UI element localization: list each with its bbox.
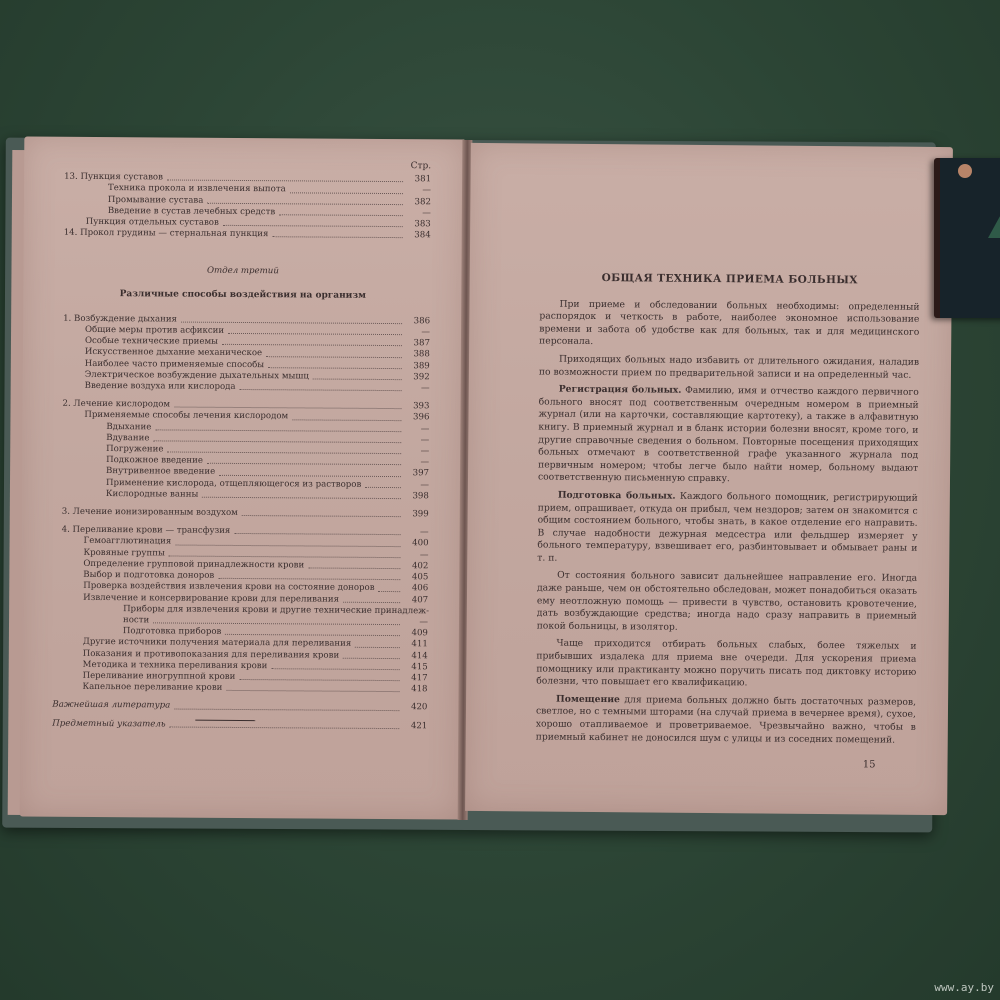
toc-leader-dots — [181, 322, 402, 325]
toc-entry-title: Промывание сустава — [108, 195, 204, 207]
chapter-body: ОБЩАЯ ТЕХНИКА ПРИЕМА БОЛЬНЫХ При приеме … — [536, 272, 920, 752]
toc-entry-page: 420 — [403, 702, 427, 713]
paragraph: Чаще приходится отбирать больных слабых,… — [536, 638, 916, 692]
paragraph-lead: Подготовка больных. — [558, 490, 676, 502]
paragraph-text: От состояния больного зависит дальнейшее… — [537, 570, 918, 632]
toc-leader-dots — [313, 379, 402, 381]
section-kicker: Отдел третий — [55, 265, 430, 279]
toc-entry-title: 14. Прокол грудины — стернальная пункция — [64, 228, 269, 241]
matchbox — [934, 158, 1000, 318]
toc-entry-page: — — [405, 480, 429, 491]
toc-entry-title: Приборы для извлечения крови и другие те… — [123, 604, 429, 617]
right-page-text: ОБЩАЯ ТЕХНИКА ПРИЕМА БОЛЬНЫХ При приеме … — [465, 143, 953, 815]
watermark: www.ay.by — [934, 981, 994, 994]
toc-leader-dots — [365, 487, 401, 488]
toc-leader-dots — [202, 497, 401, 499]
toc-leader-dots — [271, 668, 399, 670]
toc-entry-title: Вдыхание — [106, 422, 151, 434]
toc-entry-page: — — [405, 424, 429, 435]
toc-leader-dots — [268, 367, 402, 369]
paragraph-lead: Регистрация больных. — [559, 384, 682, 396]
toc-leader-dots — [218, 578, 400, 580]
toc-entry-page: 396 — [405, 413, 429, 424]
toc-entry-title: Введение воздуха или кислорода — [85, 381, 236, 393]
toc-leader-dots — [174, 407, 401, 410]
toc-leader-dots — [170, 726, 400, 729]
paragraph-lead: Помещение — [556, 693, 620, 705]
toc-entry-title: 1. Возбуждение дыхания — [63, 314, 177, 326]
toc-entry-page: — — [406, 327, 430, 338]
toc-leader-dots — [343, 657, 400, 658]
toc-entry-title: Вдувание — [106, 433, 149, 445]
toc-leader-dots — [279, 214, 403, 216]
paragraph: Регистрация больных. Фамилию, имя и отче… — [538, 384, 919, 488]
paragraph-text: Чаще приходится отбирать больных слабых,… — [536, 638, 916, 688]
toc-entry-page: — — [407, 186, 431, 197]
tree-icon — [988, 198, 1000, 238]
toc-leader-dots — [222, 344, 402, 346]
toc-leader-dots — [242, 515, 401, 517]
paragraph: При приеме и обследовании больных необхо… — [539, 298, 919, 352]
toc-leader-dots — [292, 419, 401, 421]
toc-entry-page: 418 — [403, 684, 427, 695]
toc-entry-page: — — [405, 457, 429, 468]
toc-entry-title: Внутривенное введение — [106, 467, 215, 479]
toc-leader-dots — [175, 544, 400, 547]
paragraph: Помещение для приема больных должно быть… — [536, 693, 916, 747]
left-page-table-of-contents: Стр. 13. Пункция суставов381Техника прок… — [20, 136, 465, 819]
page-number: 15 — [863, 759, 876, 770]
toc-entries-part2: 1. Возбуждение дыхания386Общие меры прот… — [52, 314, 430, 733]
toc-entry-title: Погружение — [106, 444, 163, 456]
paragraphs: При приеме и обследовании больных необхо… — [536, 298, 920, 747]
toc-leader-dots — [169, 555, 401, 558]
toc-leader-dots — [290, 192, 403, 194]
paragraph-text: При приеме и обследовании больных необхо… — [539, 298, 919, 347]
toc-entry-page: 409 — [404, 628, 428, 639]
toc-entry-page: 411 — [404, 639, 428, 650]
toc-leader-dots — [343, 601, 400, 602]
toc-entry-page: — — [405, 527, 429, 538]
toc-entry-page: — — [405, 435, 429, 446]
toc-leader-dots — [355, 646, 400, 647]
chapter-title: ОБЩАЯ ТЕХНИКА ПРИЕМА БОЛЬНЫХ — [540, 272, 920, 288]
toc-entries-part1: 13. Пункция суставов381Техника прокола и… — [56, 172, 431, 242]
toc-entry-page: 417 — [404, 673, 428, 684]
toc-leader-dots — [153, 440, 401, 443]
toc-leader-dots — [272, 237, 402, 239]
toc-entry-title: Подкожное введение — [106, 455, 203, 467]
toc-entry-title: Важнейшая литература — [52, 700, 170, 712]
toc-entry-page: — — [404, 550, 428, 561]
table-of-contents: Стр. 13. Пункция суставов381Техника прок… — [52, 159, 431, 732]
toc-entry-page: 421 — [403, 721, 427, 732]
toc-entry-page: 393 — [405, 401, 429, 412]
toc-entry-title: Особые технические приемы — [85, 336, 218, 348]
toc-leader-dots — [266, 356, 402, 358]
toc-leader-dots — [228, 333, 402, 335]
toc-entry-title: ности — [123, 615, 149, 626]
toc-entry-page: — — [407, 208, 431, 219]
toc-leader-dots — [155, 429, 401, 432]
toc-leader-dots — [207, 463, 401, 465]
toc-entry-page: — — [405, 446, 429, 457]
toc-entry-page: 407 — [404, 595, 428, 606]
toc-leader-dots — [223, 225, 403, 227]
paragraph: Приходящих больных надо избавить от длит… — [539, 353, 919, 382]
toc-entry-page: — — [404, 617, 428, 628]
toc-entry-title: Гемоагглютинация — [84, 536, 172, 548]
toc-leader-dots — [167, 180, 403, 183]
toc-leader-dots — [226, 690, 399, 692]
toc-leader-dots — [225, 634, 400, 636]
toc-entry-page: 381 — [407, 174, 431, 185]
toc-leader-dots — [174, 708, 399, 711]
toc-entry-title: Выбор и подготовка доноров — [83, 570, 214, 582]
toc-entry-page: 384 — [407, 230, 431, 241]
toc-entry-page: 399 — [405, 509, 429, 520]
toc-entry-page: 382 — [407, 197, 431, 208]
matchbox-emblem — [958, 164, 972, 178]
toc-entry-page: 388 — [406, 350, 430, 361]
toc-entry: 14. Прокол грудины — стернальная пункция… — [56, 228, 431, 242]
toc-leader-dots — [219, 475, 401, 477]
paragraph-text: Каждого больного помощник, регистрирующи… — [537, 491, 918, 564]
toc-entry-page: 415 — [404, 662, 428, 673]
paragraph-text: Фамилию, имя и отчество каждого первично… — [538, 385, 919, 485]
toc-entry-title: Кислородные ванны — [106, 489, 199, 501]
toc-entry-page: 387 — [406, 338, 430, 349]
toc-entry-page: 383 — [407, 219, 431, 230]
toc-leader-dots — [234, 533, 400, 535]
toc-entry-title: Кровяные группы — [83, 548, 164, 560]
toc-entry-title: Предметный указатель — [52, 718, 165, 730]
toc-entry-page: 402 — [404, 561, 428, 572]
toc-entry-title: Капельное переливание крови — [82, 682, 222, 694]
paragraph: Подготовка больных. Каждого больного пом… — [537, 489, 918, 568]
toc-leader-dots — [153, 622, 400, 625]
toc-entry-title: Извлечение и консервирование крови для п… — [83, 592, 339, 605]
toc-leader-dots — [239, 679, 399, 681]
toc-leader-dots — [379, 590, 401, 591]
toc-entry-page: 397 — [405, 469, 429, 480]
toc-entry-page: 398 — [405, 491, 429, 502]
toc-leader-dots — [167, 452, 401, 455]
toc-entry-title: Подготовка приборов — [123, 626, 222, 638]
toc-entry-page: — — [406, 383, 430, 394]
paragraph-text: Приходящих больных надо избавить от длит… — [539, 354, 919, 381]
toc-entry-page: 405 — [404, 572, 428, 583]
toc-page-column-header: Стр. — [56, 159, 431, 173]
toc-leader-dots — [308, 568, 400, 570]
toc-entry-title: 13. Пункция суставов — [64, 172, 163, 184]
toc-entry-title: Пункция отдельных суставов — [86, 217, 219, 229]
toc-entry-page: 389 — [406, 361, 430, 372]
toc-leader-dots — [240, 389, 402, 391]
toc-entry-title: 3. Лечение ионизированным воздухом — [62, 507, 238, 519]
toc-entry-page: 392 — [406, 372, 430, 383]
toc-entry-page: 406 — [404, 583, 428, 594]
section-title: Различные способы воздействия на организ… — [55, 288, 430, 302]
toc-entry-page: 414 — [404, 651, 428, 662]
toc-entry-page: 386 — [406, 316, 430, 327]
paragraph: От состояния больного зависит дальнейшее… — [537, 570, 918, 636]
toc-leader-dots — [207, 203, 403, 205]
toc-entry-page: 400 — [405, 539, 429, 550]
